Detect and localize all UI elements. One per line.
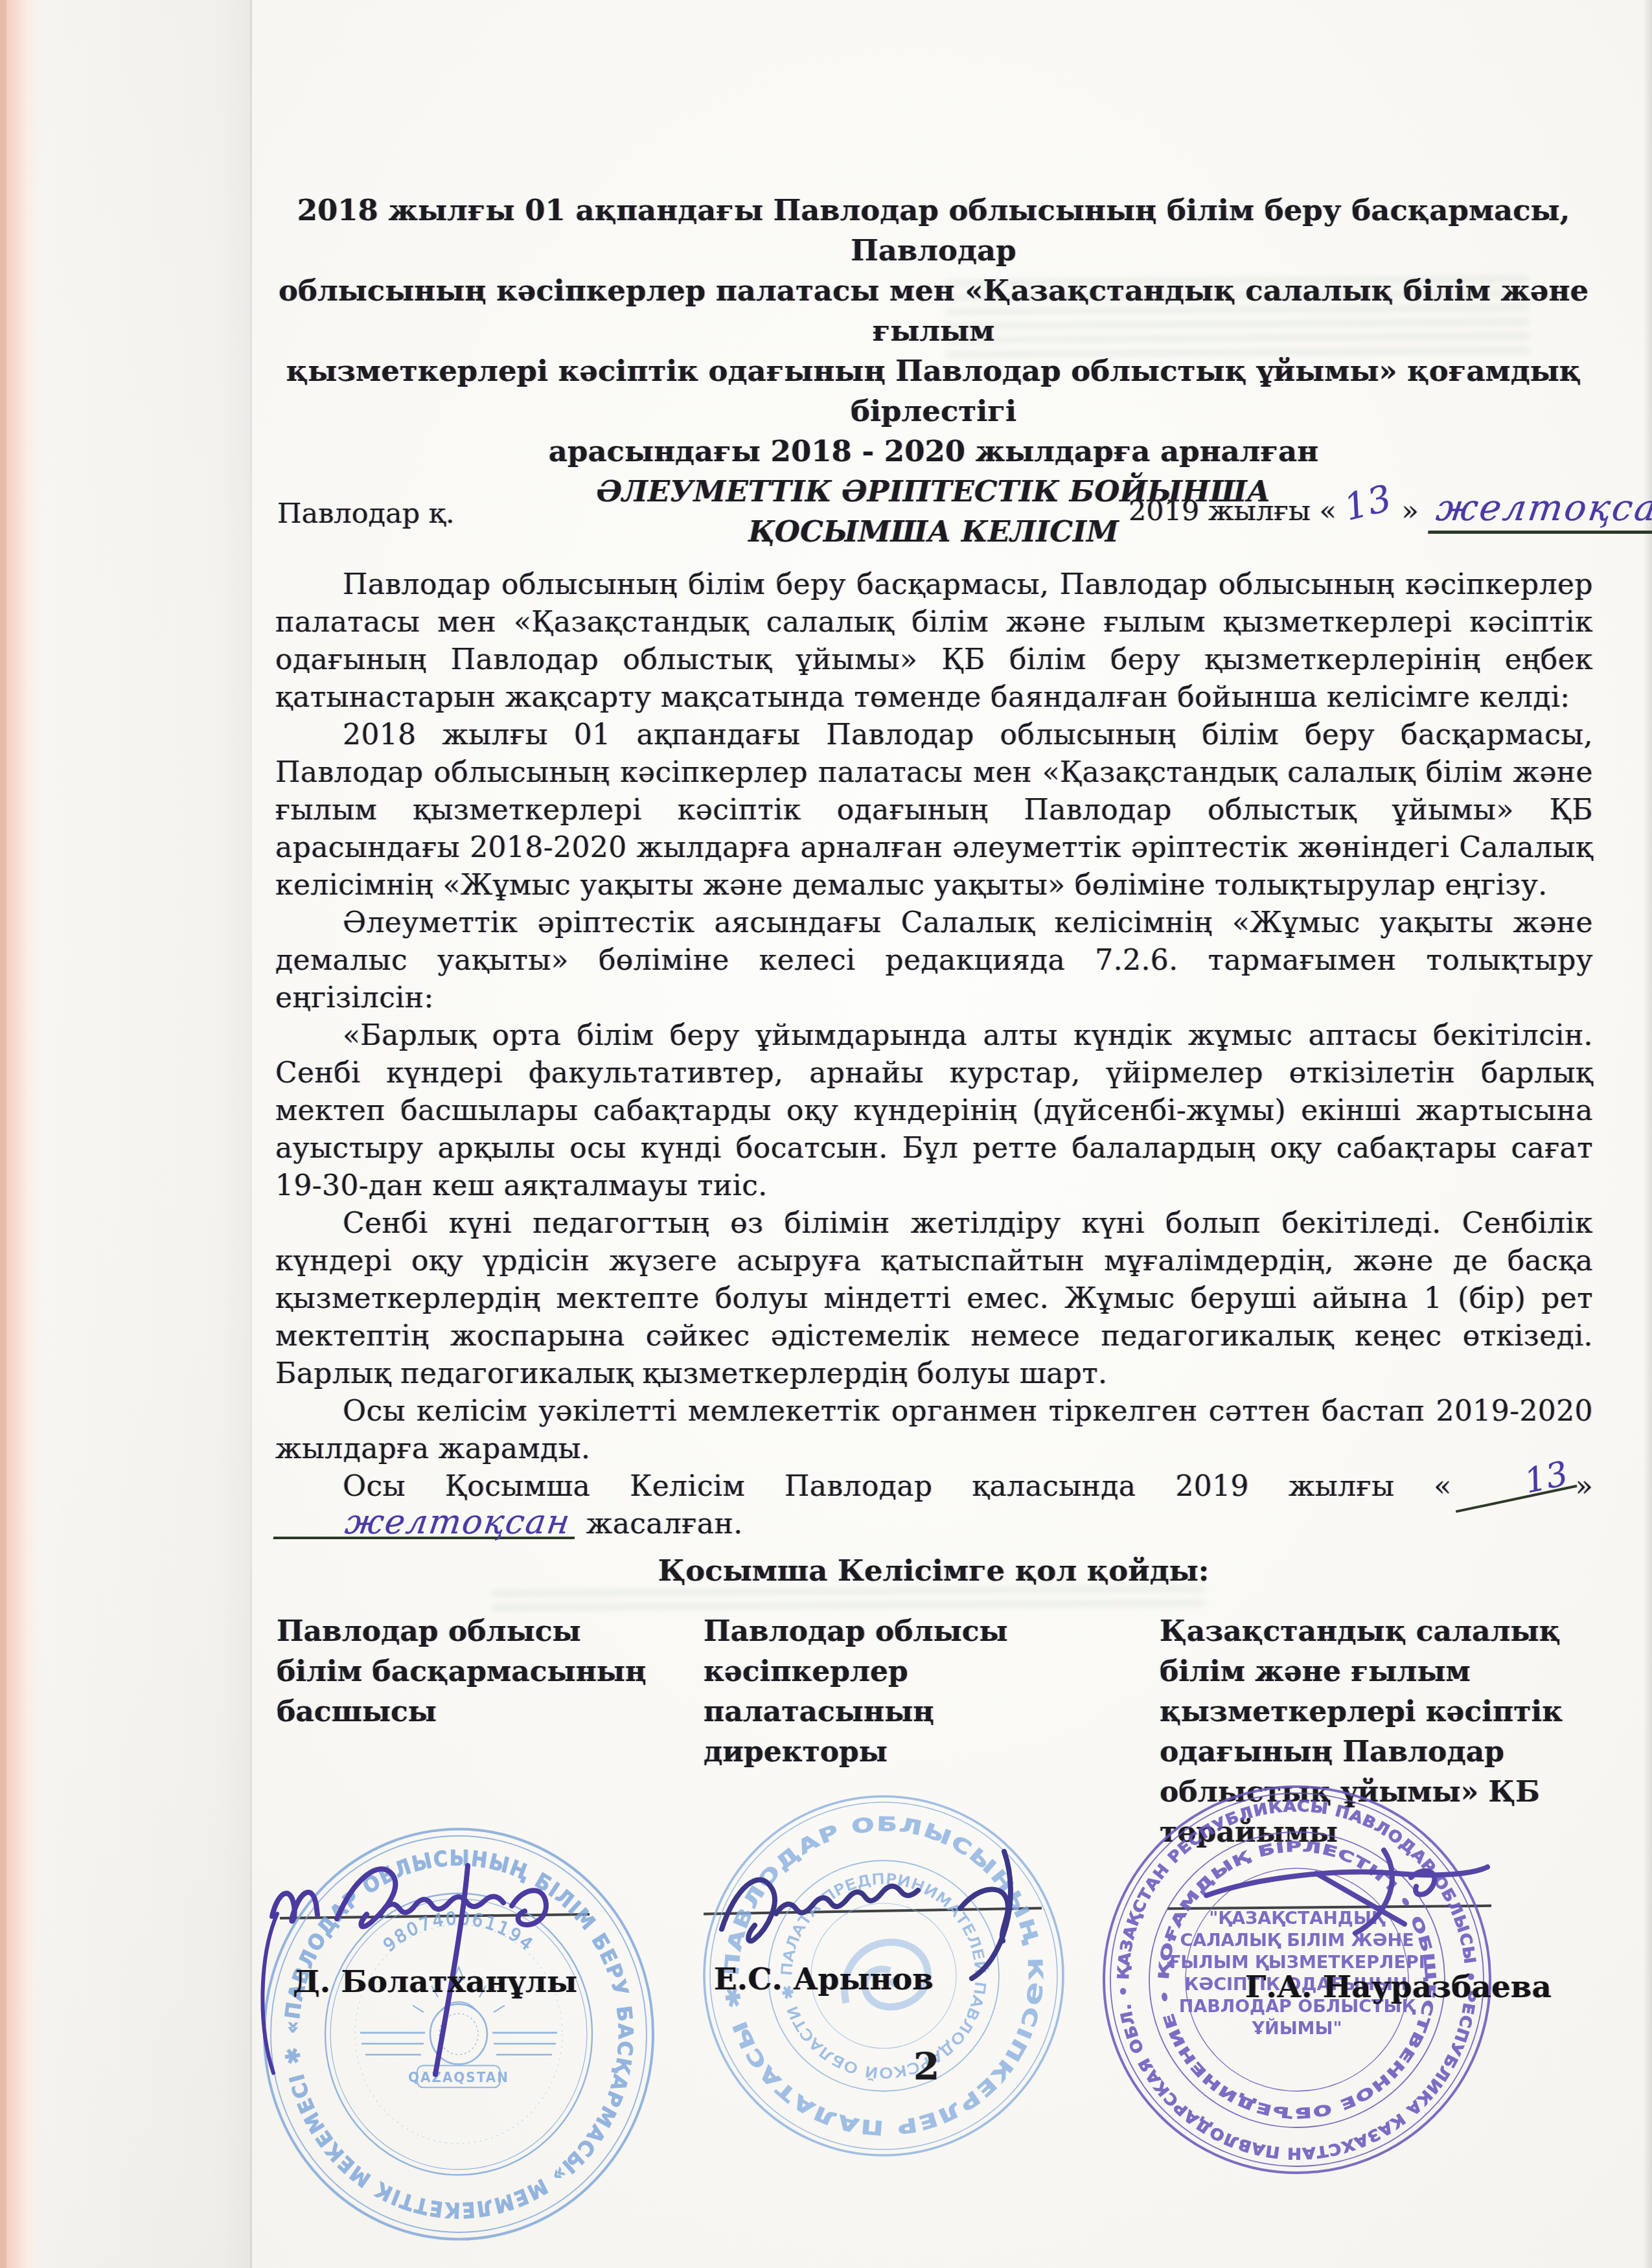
title-line: облысының кәсіпкерлер палатасы мен «Қаза… bbox=[275, 271, 1592, 351]
title-line: 2018 жылғы 01 ақпандағы Павлодар облысын… bbox=[275, 190, 1592, 271]
signatory-name-naurazbaeva: Г.А. Науразбаева bbox=[1245, 1969, 1552, 2005]
close-quote: » bbox=[1402, 495, 1419, 527]
stamp-emblem-label: QAZAQSTAN bbox=[408, 2069, 509, 2085]
dateline-year: 2019 жылғы bbox=[1129, 495, 1311, 527]
page-fold-line bbox=[250, 0, 252, 2268]
closing-quote: » bbox=[1576, 1470, 1593, 1503]
paragraph: Павлодар облысының білім беру басқармасы… bbox=[275, 566, 1593, 716]
svg-text:«ПАВЛОДАР ОБЛЫСЫНЫҢ БІЛІМ БЕРУ: «ПАВЛОДАР ОБЛЫСЫНЫҢ БІЛІМ БЕРУ БАСҚАРМАС… bbox=[280, 1845, 638, 2223]
paragraph: 2018 жылғы 01 ақпандағы Павлодар облысын… bbox=[275, 716, 1593, 904]
signatory-role-education: Павлодар облысы білім басқармасының басш… bbox=[277, 1612, 665, 1732]
handwritten-day: 13 bbox=[1450, 1460, 1577, 1513]
document-body: Павлодар облысының білім беру басқармасы… bbox=[275, 566, 1593, 1543]
round-stamp-education: «ПАВЛОДАР ОБЛЫСЫНЫҢ БІЛІМ БЕРУ БАСҚАРМАС… bbox=[249, 1807, 668, 2261]
open-quote: « bbox=[1320, 495, 1337, 527]
paragraph: «Барлық орта білім беру ұйымдарында алты… bbox=[275, 1017, 1593, 1205]
signatory-role-chamber: Павлодар облысы кәсіпкерлер палатасының … bbox=[704, 1612, 1099, 1772]
signing-heading: Қосымша Келісімге қол қойды: bbox=[275, 1553, 1592, 1588]
paragraph: Сенбі күні педагогтың өз білімін жетілді… bbox=[275, 1205, 1593, 1393]
paragraph: Осы келісім уәкілетті мемлекеттік органм… bbox=[275, 1393, 1593, 1468]
handwritten-month: желтоқсан bbox=[1428, 487, 1652, 534]
closing-paragraph: Осы Қосымша Келісім Павлодар қаласында 2… bbox=[275, 1468, 1593, 1543]
scan-edge-right bbox=[1643, 0, 1652, 2268]
scan-edge-line bbox=[0, 0, 6, 2268]
svg-text:"ҚАЗАҚСТАНДЫҚ: "ҚАЗАҚСТАНДЫҚ bbox=[1209, 1908, 1386, 1929]
title-line: арасындағы 2018 - 2020 жылдарға арналған bbox=[275, 431, 1592, 472]
title-line: қызметкерлері кәсіптік одағының Павлодар… bbox=[275, 351, 1592, 431]
signature-line-education bbox=[280, 1913, 590, 1919]
dateline-date: 2019 жылғы « 13 » желтоқсан bbox=[1129, 487, 1652, 534]
dateline-city: Павлодар қ. bbox=[277, 498, 455, 530]
closing-text: жасалған. bbox=[586, 1507, 743, 1541]
signatory-role-union: Қазақстандық салалық білім және ғылым қы… bbox=[1160, 1612, 1592, 1853]
signatory-name-bolatkhanuly: Д. Болатханұлы bbox=[293, 1964, 577, 2000]
signatory-name-arynov: Е.С. Арынов bbox=[714, 1962, 934, 1997]
page-fold-shade bbox=[41, 0, 250, 2268]
page-number: 2 bbox=[913, 2045, 939, 2089]
handwritten-month: желтоқсан bbox=[273, 1508, 579, 1539]
signature-naurazbaeva bbox=[1183, 1836, 1533, 1985]
paragraph: Әлеуметтік әріптестік аясындағы Салалық … bbox=[275, 904, 1593, 1017]
scanned-document-page: 2018 жылғы 01 ақпандағы Павлодар облысын… bbox=[0, 0, 1652, 2268]
signature-line-chamber bbox=[704, 1907, 1042, 1915]
svg-text:ҰЙЫМЫ": ҰЙЫМЫ" bbox=[1251, 2018, 1342, 2039]
signature-line-union bbox=[1167, 1905, 1491, 1910]
signature-flourish-parenthesis bbox=[250, 1910, 295, 2078]
closing-text: Осы Қосымша Келісім Павлодар қаласында 2… bbox=[343, 1470, 1452, 1503]
svg-text:САЛАЛЫҚ БІЛІМ ЖӘНЕ: САЛАЛЫҚ БІЛІМ ЖӘНЕ bbox=[1180, 1930, 1414, 1951]
stamp-ring-text: «ПАВЛОДАР ОБЛЫСЫНЫҢ БІЛІМ БЕРУ БАСҚАРМАС… bbox=[280, 1845, 638, 2223]
